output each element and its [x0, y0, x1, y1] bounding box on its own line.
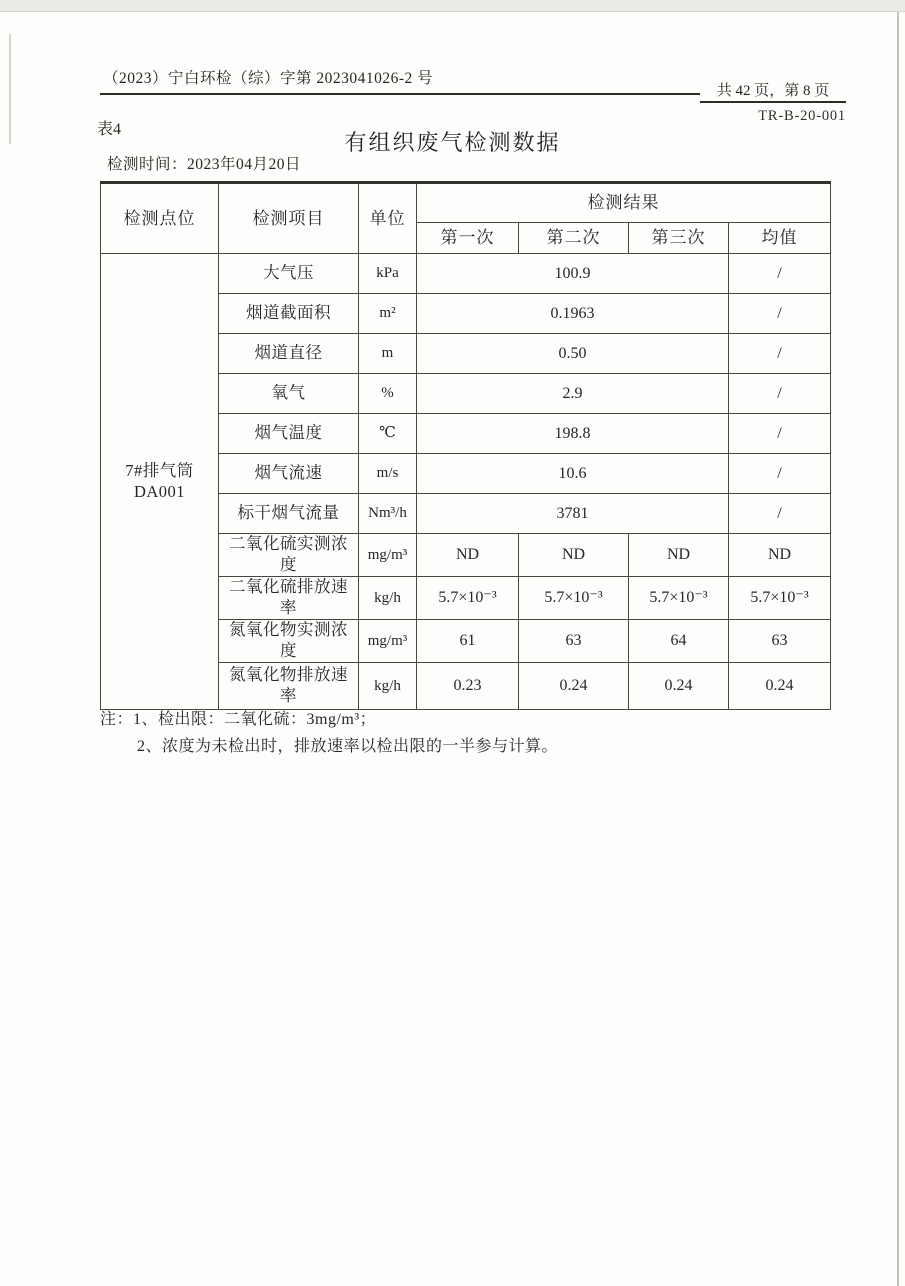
- item-cell: 烟气温度: [219, 414, 359, 454]
- document-number: （2023）宁白环检（综）字第 2023041026-2 号: [103, 66, 433, 88]
- item-cell: 二氧化硫排放速率: [219, 577, 359, 620]
- value-cell: 0.23: [417, 663, 519, 710]
- value-cell: ND: [629, 534, 729, 577]
- footnotes: 注：1、检出限：二氧化硫：3mg/m³； 2、浓度为未检出时，排放速率以检出限的…: [100, 712, 558, 755]
- column-header-point: 检测点位: [101, 183, 219, 254]
- form-code: TR-B-20-001: [700, 108, 846, 125]
- header-rule-right: [700, 101, 846, 103]
- average-cell: /: [729, 414, 831, 454]
- unit-cell: m: [359, 334, 417, 374]
- item-cell: 烟道截面积: [219, 294, 359, 334]
- merged-value-cell: 2.9: [417, 374, 729, 414]
- unit-cell: %: [359, 374, 417, 414]
- merged-value-cell: 0.50: [417, 334, 729, 374]
- item-cell: 烟道直径: [219, 334, 359, 374]
- unit-cell: mg/m³: [359, 534, 417, 577]
- merged-value-cell: 3781: [417, 494, 729, 534]
- average-cell: /: [729, 254, 831, 294]
- monitoring-point-name: 7#排气筒: [106, 461, 213, 482]
- item-cell: 氮氧化物实测浓度: [219, 620, 359, 663]
- column-header-run-1: 第一次: [417, 223, 519, 254]
- merged-value-cell: 198.8: [417, 414, 729, 454]
- unit-cell: mg/m³: [359, 620, 417, 663]
- value-cell: 5.7×10⁻³: [729, 577, 831, 620]
- merged-value-cell: 10.6: [417, 454, 729, 494]
- unit-cell: Nm³/h: [359, 494, 417, 534]
- value-cell: 5.7×10⁻³: [629, 577, 729, 620]
- value-cell: 63: [519, 620, 629, 663]
- header-rule-left: [100, 93, 700, 95]
- item-cell: 氧气: [219, 374, 359, 414]
- monitoring-point-cell: 7#排气筒DA001: [101, 254, 219, 710]
- item-cell: 大气压: [219, 254, 359, 294]
- column-header-run-2: 第二次: [519, 223, 629, 254]
- test-time: 检测时间：2023年04月20日: [107, 152, 301, 174]
- footnote-line: 注：1、检出限：二氧化硫：3mg/m³；: [100, 712, 558, 728]
- value-cell: 63: [729, 620, 831, 663]
- unit-cell: m²: [359, 294, 417, 334]
- value-cell: 64: [629, 620, 729, 663]
- average-cell: /: [729, 334, 831, 374]
- footnote-line: 2、浓度为未检出时，排放速率以检出限的一半参与计算。: [137, 739, 558, 755]
- average-cell: /: [729, 454, 831, 494]
- unit-cell: ℃: [359, 414, 417, 454]
- monitoring-point-code: DA001: [106, 482, 213, 503]
- scanned-report-page: （2023）宁白环检（综）字第 2023041026-2 号 共 42 页，第 …: [0, 0, 905, 1286]
- unit-cell: kg/h: [359, 663, 417, 710]
- value-cell: 5.7×10⁻³: [519, 577, 629, 620]
- unit-cell: kg/h: [359, 577, 417, 620]
- page-count: 共 42 页，第 8 页: [700, 79, 846, 100]
- value-cell: ND: [519, 534, 629, 577]
- column-header-run-3: 第三次: [629, 223, 729, 254]
- average-cell: /: [729, 294, 831, 334]
- monitoring-data-table: 检测点位 检测项目 单位 检测结果 第一次 第二次 第三次 均值 7#排气筒DA…: [100, 181, 831, 710]
- value-cell: ND: [417, 534, 519, 577]
- column-header-unit: 单位: [359, 183, 417, 254]
- item-cell: 烟气流速: [219, 454, 359, 494]
- merged-value-cell: 0.1963: [417, 294, 729, 334]
- value-cell: 61: [417, 620, 519, 663]
- column-header-average: 均值: [729, 223, 831, 254]
- table-row: 7#排气筒DA001大气压kPa100.9/: [101, 254, 831, 294]
- value-cell: 0.24: [629, 663, 729, 710]
- unit-cell: kPa: [359, 254, 417, 294]
- column-header-item: 检测项目: [219, 183, 359, 254]
- scan-edge-top: [0, 0, 905, 12]
- merged-value-cell: 100.9: [417, 254, 729, 294]
- scan-edge-right: [897, 12, 899, 1286]
- column-header-result: 检测结果: [417, 183, 831, 223]
- average-cell: /: [729, 374, 831, 414]
- item-cell: 氮氧化物排放速率: [219, 663, 359, 710]
- item-cell: 二氧化硫实测浓度: [219, 534, 359, 577]
- value-cell: 0.24: [729, 663, 831, 710]
- average-cell: /: [729, 494, 831, 534]
- value-cell: ND: [729, 534, 831, 577]
- value-cell: 0.24: [519, 663, 629, 710]
- unit-cell: m/s: [359, 454, 417, 494]
- value-cell: 5.7×10⁻³: [417, 577, 519, 620]
- item-cell: 标干烟气流量: [219, 494, 359, 534]
